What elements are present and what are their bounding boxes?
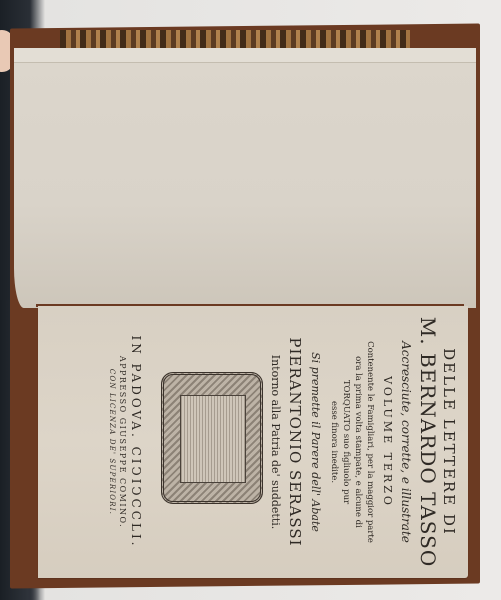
title-page: DELLE LETTERE DI M. BERNARDO TASSO Accre… <box>38 306 468 578</box>
description-line-1: Contenente le Famigliari, per la maggior… <box>365 306 375 578</box>
subtitle: Accresciute, corrette, e illustrate <box>399 306 413 578</box>
printer-device-woodcut <box>161 372 263 504</box>
author-name: M. BERNARDO TASSO <box>416 306 440 578</box>
woodcut-motto <box>248 393 257 483</box>
woodcut-scene <box>180 395 246 483</box>
marbled-edge <box>60 30 410 48</box>
description-line-3: TORQUATO suo figliuolo pur <box>341 306 351 578</box>
editor-name: PIERANTONIO SERASSI <box>286 306 304 578</box>
title-page-text: DELLE LETTERE DI M. BERNARDO TASSO Accre… <box>38 306 468 578</box>
description-line-2: ora la prima volta stampate, e alcune di <box>353 306 363 578</box>
volume-label: VOLUME TERZO <box>381 306 394 578</box>
imprint-printer: APPRESSO GIUSEPPE COMINO. <box>118 306 127 578</box>
preface-note: Si premette il Parere dell' Abate <box>309 306 322 578</box>
flyleaf-fold <box>14 48 476 63</box>
blank-flyleaf-page <box>14 48 476 308</box>
title-line-1: DELLE LETTERE DI <box>440 306 458 578</box>
imprint-license: CON LICENZA DE' SUPERIORI. <box>108 306 116 578</box>
preface-subject: Intorno alla Patria de' suddetti. <box>269 306 282 578</box>
description-line-4: esse finora inedite. <box>329 306 339 578</box>
imprint-place-date: IN PADOVA. CIↃIↃCCLI. <box>129 306 143 578</box>
